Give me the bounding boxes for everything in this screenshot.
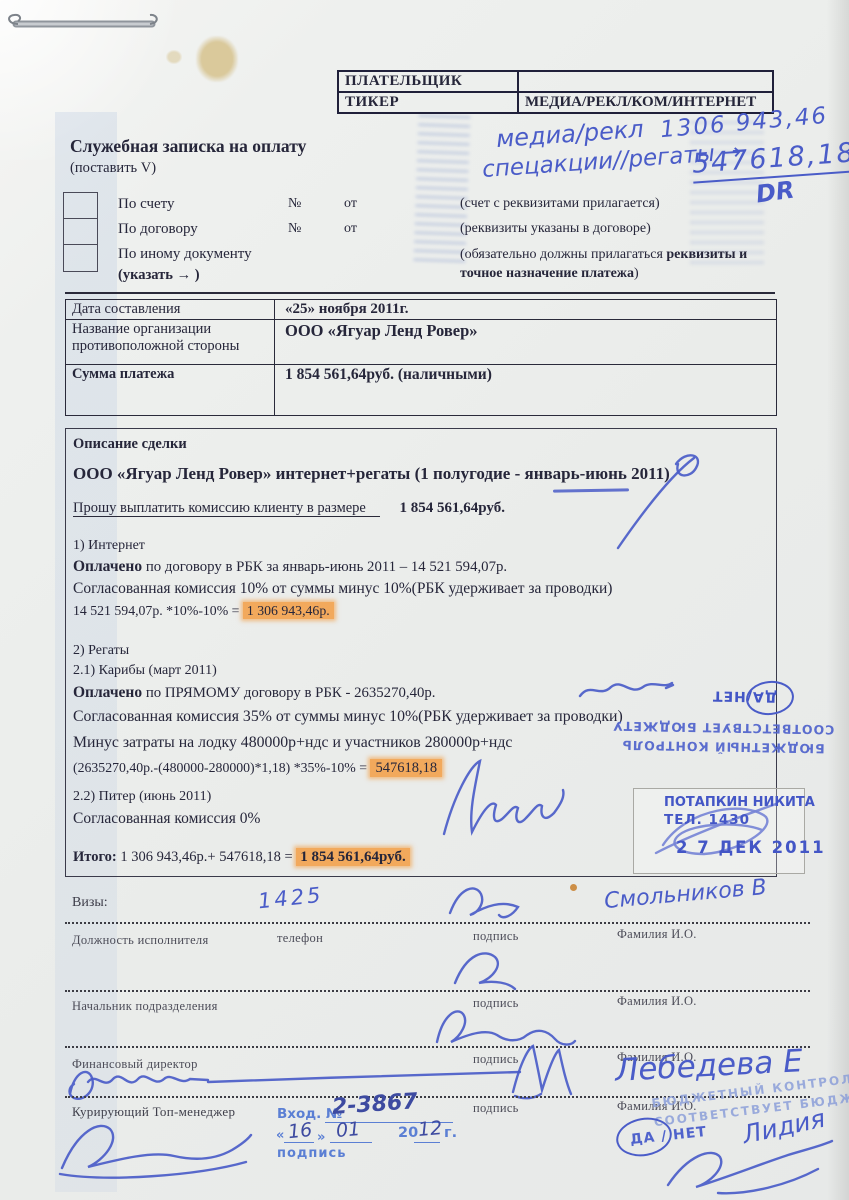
note-mandatory-bold1: реквизиты и xyxy=(666,247,747,262)
row1-sign: подпись xyxy=(473,929,519,944)
handwritten-surname-1: Смольников В xyxy=(603,875,767,914)
signature-large xyxy=(432,752,572,842)
checkbox-group xyxy=(63,192,98,272)
day-line xyxy=(284,1142,314,1143)
payer-value xyxy=(519,72,772,91)
deal-section-label: Описание сделки xyxy=(73,436,187,453)
orange-speck xyxy=(570,884,577,891)
stamp-person-tel: ТЕЛ. 1430 xyxy=(664,812,750,828)
paid-bold: Оплачено xyxy=(73,558,142,575)
pen-squiggle-small xyxy=(576,676,676,704)
option3-note: (указать → ) xyxy=(118,267,200,284)
internet-heading: 1) Интернет xyxy=(73,538,145,554)
deal-request-line: Прошу выплатить комиссию клиенту в разме… xyxy=(73,500,505,517)
info-row-value: «25» ноября 2011г. xyxy=(275,300,776,319)
calc-prefix: 14 521 594,07р. *10%-10% = xyxy=(73,603,243,618)
right-edge-shadow xyxy=(827,0,849,1200)
row2-name: Фамилия И.О. xyxy=(617,994,697,1009)
total-line: Итого: 1 306 943,46р.+ 547618,18 = 1 854… xyxy=(73,849,410,866)
info-row-value: ООО «Ягуар Ленд Ровер» xyxy=(275,320,776,364)
calc-prefix: (2635270,40р.-(480000-280000)*1,18) *35%… xyxy=(73,760,370,775)
info-row-label: Название организации противоположной сто… xyxy=(66,320,275,364)
budget-stamp-line1: БЮДЖЕТНЫЙ КОНТРОЛЬ xyxy=(612,735,834,758)
option2-no: № xyxy=(288,221,301,237)
row1-phone: телефон xyxy=(277,931,323,946)
note-mandatory-suffix: ) xyxy=(634,266,639,281)
note-requisites-in-contract: (реквизиты указаны в договоре) xyxy=(460,221,651,237)
total-result-highlighted: 1 854 561,64руб. xyxy=(296,848,409,866)
checkbox-po-dogovoru xyxy=(64,219,97,245)
incoming-sign-label: подпись xyxy=(277,1146,346,1161)
row1-name: Фамилия И.О. xyxy=(617,927,697,942)
incoming-year-suffix: г. xyxy=(444,1125,457,1141)
regatta-sub2-commission: Согласованная комиссия 0% xyxy=(73,810,260,828)
info-row-label: Сумма платежа xyxy=(66,365,275,415)
incoming-q-close: » xyxy=(317,1130,325,1145)
option1-ot: от xyxy=(344,196,357,212)
info-table: Дата составления «25» ноября 2011г. Назв… xyxy=(65,299,777,416)
regatta-minus-line: Минус затраты на лодку 480000р+ндс и уча… xyxy=(73,734,512,752)
request-amount: 1 854 561,64руб. xyxy=(400,500,505,516)
option1-no: № xyxy=(288,196,301,212)
total-mid: 1 306 943,46р.+ 547618,18 = xyxy=(117,849,296,865)
signature-topmanager xyxy=(46,1110,256,1190)
row2-role: Начальник подразделения xyxy=(72,999,218,1014)
info-row-value: 1 854 561,64руб. (наличными) xyxy=(275,365,776,415)
signature-head xyxy=(445,945,525,993)
checkbox-po-schetu xyxy=(64,193,97,219)
note-mandatory-prefix: (обязательно должны прилагаться xyxy=(460,247,666,262)
option-po-inomu-label: По иному документу xyxy=(118,246,252,263)
budget-control-stamp-upside: БЮДЖЕТНЫЙ КОНТРОЛЬ СООТВЕТСТВУЕТ БЮДЖЕТУ xyxy=(612,716,835,757)
paid-rest: по ПРЯМОМУ договору в РБК - 2635270,40р. xyxy=(142,685,435,701)
internet-paid-line: Оплачено по договору в РБК за январь-июн… xyxy=(73,558,507,576)
stamp-person-name: ПОТАПКИН НИКИТА xyxy=(664,795,815,810)
divider-line xyxy=(65,292,775,294)
info-row-label: Дата составления xyxy=(66,300,275,319)
memo-title: Служебная записка на оплату xyxy=(70,136,306,157)
total-label: Итого: xyxy=(73,849,117,865)
calc-result-highlighted: 1 306 943,46р. xyxy=(243,602,334,619)
pen-checkmark xyxy=(612,448,712,553)
signature-shakhin xyxy=(58,1060,528,1110)
regatta-paid-line: Оплачено по ПРЯМОМУ договору в РБК - 263… xyxy=(73,684,435,702)
ticker-value: МЕДИА/РЕКЛ/КОМ/ИНТЕРНЕТ xyxy=(519,93,772,112)
month-line xyxy=(330,1142,372,1143)
dotted-line-1 xyxy=(65,922,810,924)
paper-clip-icon xyxy=(4,10,164,36)
handwritten-year: 12 xyxy=(417,1117,443,1141)
paid-rest: по договору в РБК за январь-июнь 2011 – … xyxy=(142,559,507,575)
incoming-q-open: « xyxy=(276,1128,284,1143)
memo-subtitle: (поставить V) xyxy=(70,160,156,177)
handwritten-initials-dr: DR xyxy=(754,175,796,208)
deal-title: ООО «Ягуар Ленд Ровер» интернет+регаты (… xyxy=(73,464,670,484)
row4-sign: подпись xyxy=(473,1101,519,1116)
vizy-label: Визы: xyxy=(72,895,108,911)
regatta-calc-line: (2635270,40р.-(480000-280000)*1,18) *35%… xyxy=(73,760,442,777)
paid-bold: Оплачено xyxy=(73,684,142,701)
note-account-attached: (счет с реквизитами прилагается) xyxy=(460,196,660,212)
signature-executor xyxy=(442,878,527,923)
option2-ot: от xyxy=(344,221,357,237)
coffee-stain xyxy=(196,36,238,82)
ticker-label: ТИКЕР xyxy=(339,93,519,112)
request-text: Прошу выплатить комиссию клиенту в разме… xyxy=(73,500,380,517)
stamp-date: 2 7 ДЕК 2011 xyxy=(676,838,826,857)
year-line xyxy=(414,1142,440,1143)
header-table: ПЛАТЕЛЬЩИК ТИКЕР МЕДИА/РЕКЛ/КОМ/ИНТЕРНЕТ xyxy=(337,70,774,114)
handwritten-incoming-number: 2-3867 xyxy=(331,1089,418,1120)
row1-role: Должность исполнителя xyxy=(72,933,209,948)
option-po-dogovoru-label: По договору xyxy=(118,221,198,238)
small-stain xyxy=(166,50,182,64)
regatta-sub2: 2.2) Питер (июнь 2011) xyxy=(73,789,211,805)
option-po-schetu-label: По счету xyxy=(118,196,175,213)
handwritten-month: 01 xyxy=(335,1118,361,1142)
regatta-sub1: 2.1) Карибы (март 2011) xyxy=(73,663,217,679)
regatta-commission: Согласованная комиссия 35% от суммы мину… xyxy=(73,708,623,726)
handwritten-day: 16 xyxy=(287,1119,313,1143)
internet-commission: Согласованная комиссия 10% от суммы мину… xyxy=(73,580,612,598)
incoming-year-print: 20 xyxy=(398,1125,418,1141)
handwritten-phone: 1425 xyxy=(257,883,325,914)
note-mandatory: (обязательно должны прилагаться реквизит… xyxy=(460,246,790,284)
checkbox-po-inomu xyxy=(64,245,97,271)
showthrough-band-a xyxy=(413,111,470,263)
internet-calc-line: 14 521 594,07р. *10%-10% = 1 306 943,46р… xyxy=(73,603,334,619)
dotted-line-2 xyxy=(65,990,810,992)
note-mandatory-bold2: точное назначение платежа xyxy=(460,266,634,281)
regatta-heading: 2) Регаты xyxy=(73,643,129,659)
payer-label: ПЛАТЕЛЬЩИК xyxy=(339,72,519,91)
scanned-payment-memo: ПЛАТЕЛЬЩИК ТИКЕР МЕДИА/РЕКЛ/КОМ/ИНТЕРНЕТ… xyxy=(0,0,849,1200)
